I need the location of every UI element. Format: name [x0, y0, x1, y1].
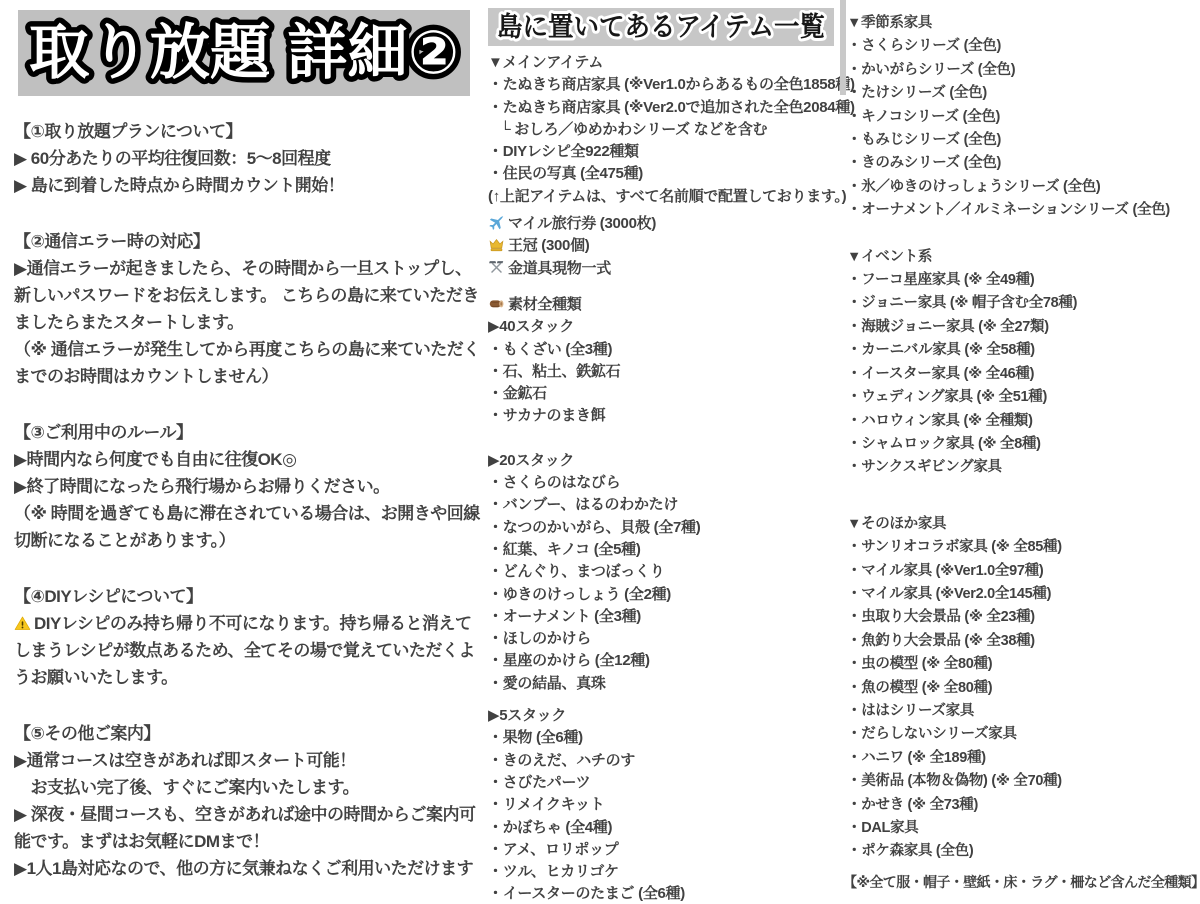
info-section: 【①取り放題プランについて】▶ 60分あたりの平均往復回数：5〜8回程度▶ 島に… [14, 118, 484, 199]
text-line: ・星座のかけら (全12種) [488, 650, 840, 672]
text-line: ・シャムロック家具 (※ 全8種) [847, 433, 1200, 456]
text-line: ・ははシリーズ家具 [847, 700, 1200, 723]
item-block: ▼メインアイテム・たぬきち商店家具 (※Ver1.0からあるもの全色1858種)… [488, 52, 840, 208]
middle-title-svg: 島に置いてあるアイテム一覧 [491, 10, 831, 44]
text-line: ・サンクスギビング家具 [847, 456, 1200, 479]
text-line: ・魚釣り大会景品 (※ 全38種) [847, 630, 1200, 653]
middle-title-banner: 島に置いてあるアイテム一覧 [488, 8, 834, 46]
text-line: ・どんぐり、まつぼっくり [488, 561, 840, 583]
text-line: ▶1人1島対応なので、他の方に気兼ねなくご利用いただけます [14, 855, 484, 882]
text-line: ・イースター家具 (※ 全46種) [847, 363, 1200, 386]
crown-icon [488, 236, 505, 253]
section-heading: 【②通信エラー時の対応】 [14, 228, 484, 255]
text-line: ▶時間内なら何度でも自由に往復OK◎ [14, 446, 484, 473]
text-line: ・もくざい (全3種) [488, 339, 840, 361]
text-line: ・サンリオコラボ家具 (※ 全85種) [847, 536, 1200, 559]
text-line: （※ 通信エラーが発生してから再度こちらの島に来ていただく [14, 336, 484, 363]
text-line: ・きのみシリーズ (全色) [847, 152, 1200, 175]
left-column: 取り放題 詳細② 【①取り放題プランについて】▶ 60分あたりの平均往復回数：5… [10, 10, 484, 882]
text-line: ▶40スタック [488, 316, 840, 338]
page-title: 取り放題 詳細② [29, 19, 459, 86]
text-line: ・ハニワ (※ 全189種) [847, 747, 1200, 770]
text-line: ・石、粘土、鉄鉱石 [488, 361, 840, 383]
text-line: ・キノコシリーズ (全色) [847, 106, 1200, 129]
text-line: 素材全種類 [488, 294, 840, 316]
text-line: ・サカナのまき餌 [488, 405, 840, 427]
text-line: ・かぼちゃ (全4種) [488, 817, 840, 839]
airplane-icon [488, 214, 505, 231]
text-line: ・DAL家具 [847, 817, 1200, 840]
text-line: ・たぬきち商店家具 (※Ver2.0で追加された全色2084種) [488, 97, 840, 119]
text-line: 切断になることがあります。） [14, 527, 484, 554]
text-line: ・さくらのはなびら [488, 472, 840, 494]
text-line: ・かいがらシリーズ (全色) [847, 59, 1200, 82]
text-line: ・だらしないシリーズ家具 [847, 723, 1200, 746]
text-line: ・ウェディング家具 (※ 全51種) [847, 386, 1200, 409]
text-line: ・マイル家具 (※Ver1.0全97種) [847, 560, 1200, 583]
section-heading: 【④DIYレシピについて】 [14, 583, 484, 610]
text-line: ・なつのかいがら、貝殻 (全7種) [488, 517, 840, 539]
right-item-blocks: ▼季節系家具・さくらシリーズ (全色)・かいがらシリーズ (全色)・たけシリーズ… [847, 12, 1200, 864]
text-line: ・オーナメント (全3種) [488, 606, 840, 628]
text-line: ・ほしのかけら [488, 628, 840, 650]
item-block: ▶5スタック・果物 (全6種)・きのえだ、ハチのす・さびたパーツ・リメイクキット… [488, 705, 840, 904]
item-list-title: 島に置いてあるアイテム一覧 [497, 11, 825, 42]
text-line: ・海賊ジョニー家具 (※ 全27類) [847, 316, 1200, 339]
text-line: ▶通常コースは空きがあれば即スタート可能！ [14, 747, 484, 774]
text-line: マイル旅行券 (3000枚) [488, 213, 840, 235]
text-line: ▼イベント系 [847, 246, 1200, 269]
text-line: うお願いいたします。 [14, 664, 484, 691]
text-line: ・魚の模型 (※ 全80種) [847, 677, 1200, 700]
text-line: ・イースターのたまご (全6種) [488, 883, 840, 904]
line-text: 金道具現物一式 [508, 260, 611, 277]
section-heading: 【①取り放題プランについて】 [14, 118, 484, 145]
flyer-page: 取り放題 詳細② 【①取り放題プランについて】▶ 60分あたりの平均往復回数：5… [0, 0, 1200, 904]
text-line: └ おしろ／ゆめかわシリーズ などを含む [488, 119, 840, 141]
text-line: ・虫の模型 (※ 全80種) [847, 653, 1200, 676]
text-line: ▶20スタック [488, 450, 840, 472]
left-sections: 【①取り放題プランについて】▶ 60分あたりの平均往復回数：5〜8回程度▶ 島に… [10, 118, 484, 882]
text-line: ・フーコ星座家具 (※ 全49種) [847, 269, 1200, 292]
text-line: ・紅葉、キノコ (全5種) [488, 539, 840, 561]
text-line: ・アメ、ロリポップ [488, 839, 840, 861]
text-line: ・さびたパーツ [488, 772, 840, 794]
text-line: ・ポケ森家具 (全色) [847, 840, 1200, 863]
line-text: 王冠 (300個) [508, 237, 590, 254]
text-line: ・カーニバル家具 (※ 全58種) [847, 339, 1200, 362]
text-line: 新しいパスワードをお伝えします。 こちらの島に来ていただき [14, 282, 484, 309]
text-line: ▶ 島に到着した時点から時間カウント開始！ [14, 172, 484, 199]
text-line: ・愛の結晶、真珠 [488, 673, 840, 695]
text-line: ▶終了時間になったら飛行場からお帰りください。 [14, 473, 484, 500]
text-line: お支払い完了後、すぐにご案内いたします。 [14, 774, 484, 801]
info-section: 【③ご利用中のルール】▶時間内なら何度でも自由に往復OK◎▶終了時間になったら飛… [14, 419, 484, 554]
info-section: 【⑤その他ご案内】▶通常コースは空きがあれば即スタート可能！ お支払い完了後、す… [14, 720, 484, 882]
line-text: DIYレシピのみ持ち帰り不可になります。持ち帰ると消えて [34, 614, 472, 633]
info-section: 【④DIYレシピについて】DIYレシピのみ持ち帰り不可になります。持ち帰ると消え… [14, 583, 484, 691]
text-line: DIYレシピのみ持ち帰り不可になります。持ち帰ると消えて [14, 610, 484, 637]
text-line: ・さくらシリーズ (全色) [847, 35, 1200, 58]
footer-note: 【※全て服・帽子・壁紙・床・ラグ・柵など含んだ全種類】 [843, 872, 1200, 892]
text-line: ▼季節系家具 [847, 12, 1200, 35]
item-block: ▼季節系家具・さくらシリーズ (全色)・かいがらシリーズ (全色)・たけシリーズ… [847, 12, 1200, 223]
text-line: ・住民の写真 (全475種) [488, 163, 840, 185]
info-section: 【②通信エラー時の対応】▶通信エラーが起きましたら、その時間から一旦ストップし、… [14, 228, 484, 390]
text-line: ▼そのほか家具 [847, 513, 1200, 536]
text-line: (↑上記アイテムは、すべて名前順で配置しております。) [488, 186, 840, 208]
text-line: ▶5スタック [488, 705, 840, 727]
line-text: 素材全種類 [508, 296, 582, 313]
text-line: ・ジョニー家具 (※ 帽子含む全78種) [847, 292, 1200, 315]
section-heading: 【③ご利用中のルール】 [14, 419, 484, 446]
text-line: までのお時間はカウントしません） [14, 363, 484, 390]
text-line: ▼メインアイテム [488, 52, 840, 74]
text-line: （※ 時間を過ぎても島に滞在されている場合は、お開きや回線 [14, 500, 484, 527]
item-block: 素材全種類▶40スタック・もくざい (全3種)・石、粘土、鉄鉱石・金鉱石・サカナ… [488, 294, 840, 428]
section-heading: 【⑤その他ご案内】 [14, 720, 484, 747]
text-line: ・美術品 (本物＆偽物) (※ 全70種) [847, 770, 1200, 793]
middle-item-blocks: ▼メインアイテム・たぬきち商店家具 (※Ver1.0からあるもの全色1858種)… [488, 52, 840, 904]
text-line: ・果物 (全6種) [488, 727, 840, 749]
text-line: ▶通信エラーが起きましたら、その時間から一旦ストップし、 [14, 255, 484, 282]
line-text: マイル旅行券 (3000枚) [508, 215, 656, 232]
middle-column: 島に置いてあるアイテム一覧 ▼メインアイテム・たぬきち商店家具 (※Ver1.0… [488, 8, 840, 904]
warning-icon [14, 615, 31, 632]
text-line: ▶ 深夜・昼間コースも、空きがあれば途中の時間からご案内可 [14, 801, 484, 828]
item-block: ▶20スタック・さくらのはなびら・バンブー、はるのわかたけ・なつのかいがら、貝殻… [488, 450, 840, 695]
text-line: ▶ 60分あたりの平均往復回数：5〜8回程度 [14, 145, 484, 172]
text-line: ・バンブー、はるのわかたけ [488, 494, 840, 516]
text-line: 王冠 (300個) [488, 235, 840, 257]
text-line: ・DIYレシピ全922種類 [488, 141, 840, 163]
item-block: マイル旅行券 (3000枚)王冠 (300個)金道具現物一式 [488, 213, 840, 280]
text-line: ・たぬきち商店家具 (※Ver1.0からあるもの全色1858種) [488, 74, 840, 96]
hammer-pick-icon [488, 259, 505, 276]
text-line: ・もみじシリーズ (全色) [847, 129, 1200, 152]
item-block: ▼イベント系・フーコ星座家具 (※ 全49種)・ジョニー家具 (※ 帽子含む全7… [847, 246, 1200, 480]
text-line: 金道具現物一式 [488, 258, 840, 280]
text-line: ・たけシリーズ (全色) [847, 82, 1200, 105]
wood-icon [488, 295, 505, 312]
text-line: ・ツル、ヒカリゴケ [488, 861, 840, 883]
text-line: ・金鉱石 [488, 383, 840, 405]
left-title-banner: 取り放題 詳細② [18, 10, 470, 96]
right-column: ▼季節系家具・さくらシリーズ (全色)・かいがらシリーズ (全色)・たけシリーズ… [847, 0, 1200, 864]
left-title-svg: 取り放題 詳細② [21, 12, 467, 94]
item-block: ▼そのほか家具・サンリオコラボ家具 (※ 全85種)・マイル家具 (※Ver1.… [847, 513, 1200, 864]
text-line: 能です。まずはお気軽にDMまで！ [14, 828, 484, 855]
text-line: ・ゆきのけっしょう (全2種) [488, 584, 840, 606]
text-line: しまうレシピが数点あるため、全てその場で覚えていただくよ [14, 637, 484, 664]
text-line: ・氷／ゆきのけっしょうシリーズ (全色) [847, 176, 1200, 199]
text-line: ・オーナメント／イルミネーションシリーズ (全色) [847, 199, 1200, 222]
text-line: ・ハロウィン家具 (※ 全種類) [847, 410, 1200, 433]
text-line: ・虫取り大会景品 (※ 全23種) [847, 606, 1200, 629]
text-line: ・リメイクキット [488, 794, 840, 816]
text-line: ・かせき (※ 全73種) [847, 794, 1200, 817]
text-line: ましたらまたスタートします。 [14, 309, 484, 336]
divider-strip [840, 0, 846, 95]
text-line: ・マイル家具 (※Ver2.0全145種) [847, 583, 1200, 606]
text-line: ・きのえだ、ハチのす [488, 750, 840, 772]
